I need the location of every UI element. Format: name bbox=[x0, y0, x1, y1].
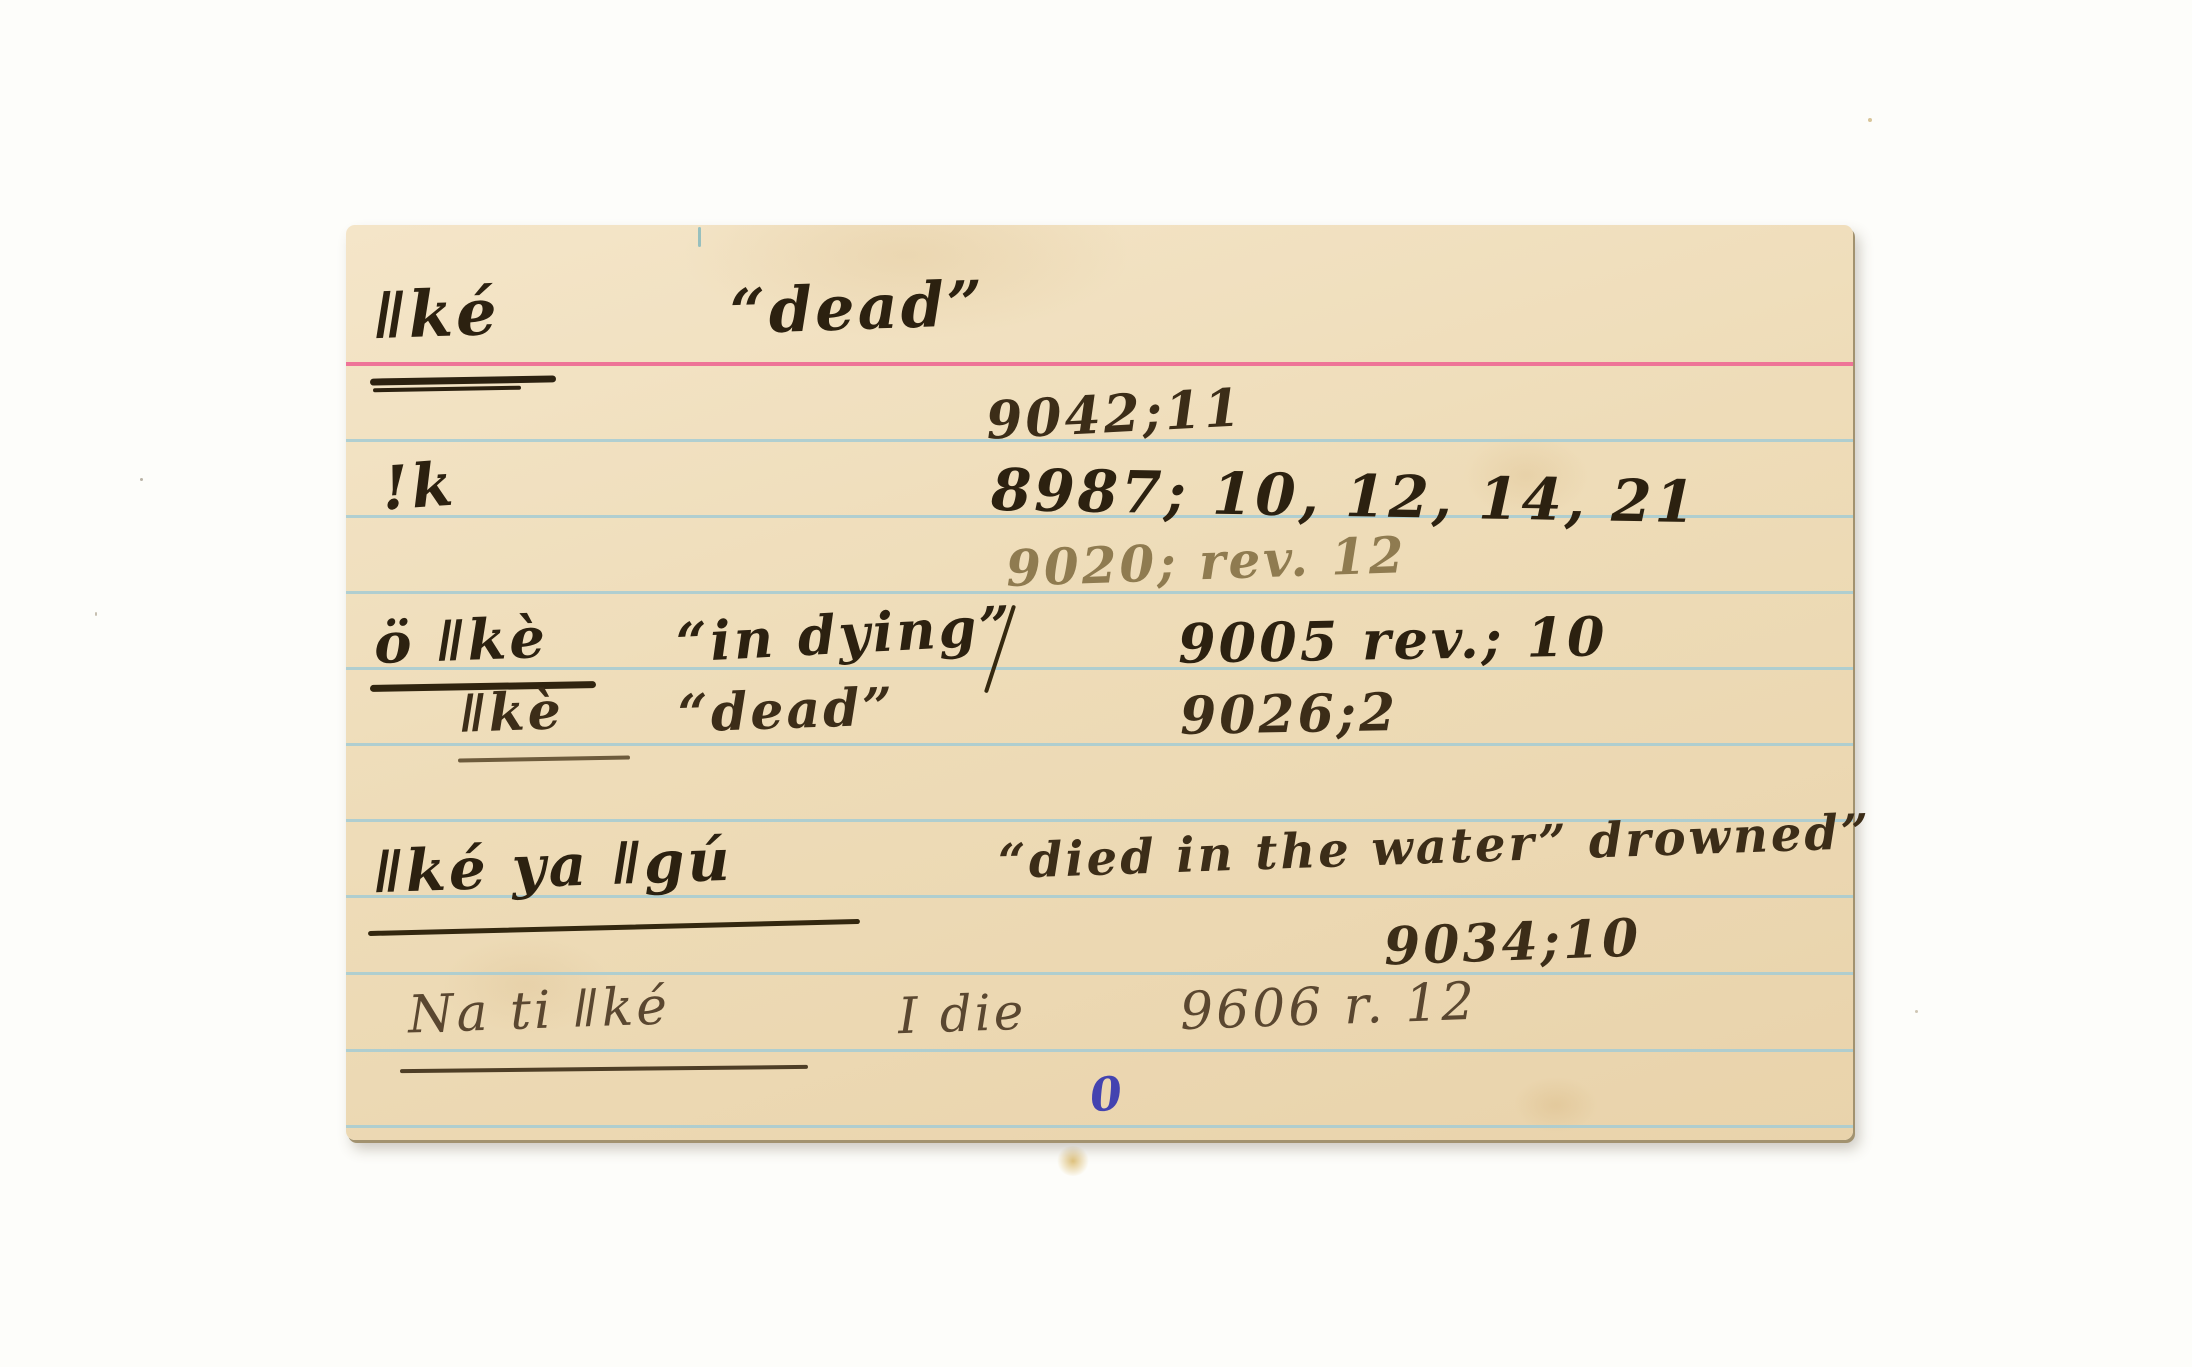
ink-fleck bbox=[698, 227, 701, 247]
entry-gloss: “dead” bbox=[729, 273, 987, 344]
entry-headword: Na ti ǁké bbox=[407, 980, 671, 1041]
entry-headword: ǁkè bbox=[459, 685, 564, 741]
entry-gloss: “dead” bbox=[677, 681, 896, 741]
headword-underline bbox=[400, 1065, 808, 1073]
reference-number: 9020; rev. 12 bbox=[1005, 530, 1407, 594]
entry-gloss: I die bbox=[897, 987, 1027, 1041]
reference-number: 9034;10 bbox=[1383, 913, 1642, 974]
ruled-line-blue bbox=[346, 972, 1853, 975]
entry-gloss: “in dying” bbox=[675, 598, 1015, 670]
paper-speck bbox=[1915, 1010, 1918, 1013]
reference-number: 9005 rev.; 10 bbox=[1178, 609, 1608, 670]
ruled-line-blue bbox=[346, 1125, 1853, 1128]
blue-annotation: 0 bbox=[1088, 1069, 1128, 1118]
paper-speck bbox=[1868, 118, 1872, 122]
reference-number: 9026;2 bbox=[1180, 687, 1399, 743]
reference-number: 9606 r. 12 bbox=[1179, 976, 1478, 1038]
entry-headword: ǁké bbox=[373, 281, 501, 349]
ruled-line-blue bbox=[346, 667, 1853, 670]
paper-speck bbox=[140, 478, 143, 481]
headword-underline bbox=[368, 919, 860, 936]
ruled-line-blue bbox=[346, 743, 1853, 746]
ruled-line-pink bbox=[346, 362, 1853, 366]
paper-stain bbox=[1056, 1146, 1090, 1176]
scanned-page: { "page": { "background_color": "#fdfdfa… bbox=[0, 0, 2192, 1367]
reference-number: 8987; 10, 12, 14, 21 bbox=[991, 461, 1699, 531]
paper-speck bbox=[95, 612, 97, 616]
ruled-line-blue bbox=[346, 1049, 1853, 1052]
headword-underline bbox=[370, 375, 556, 385]
entry-headword: ǁké ya ǁgú bbox=[373, 831, 733, 901]
index-card: ǁké “dead” 9042;11 !k 8987; 10, 12, 14, … bbox=[346, 225, 1853, 1140]
entry-headword: ö ǁkè bbox=[373, 610, 549, 672]
entry-headword: !k bbox=[380, 454, 458, 519]
headword-underline bbox=[458, 755, 630, 762]
headword-underline bbox=[373, 386, 521, 393]
reference-number: 9042;11 bbox=[985, 382, 1245, 447]
